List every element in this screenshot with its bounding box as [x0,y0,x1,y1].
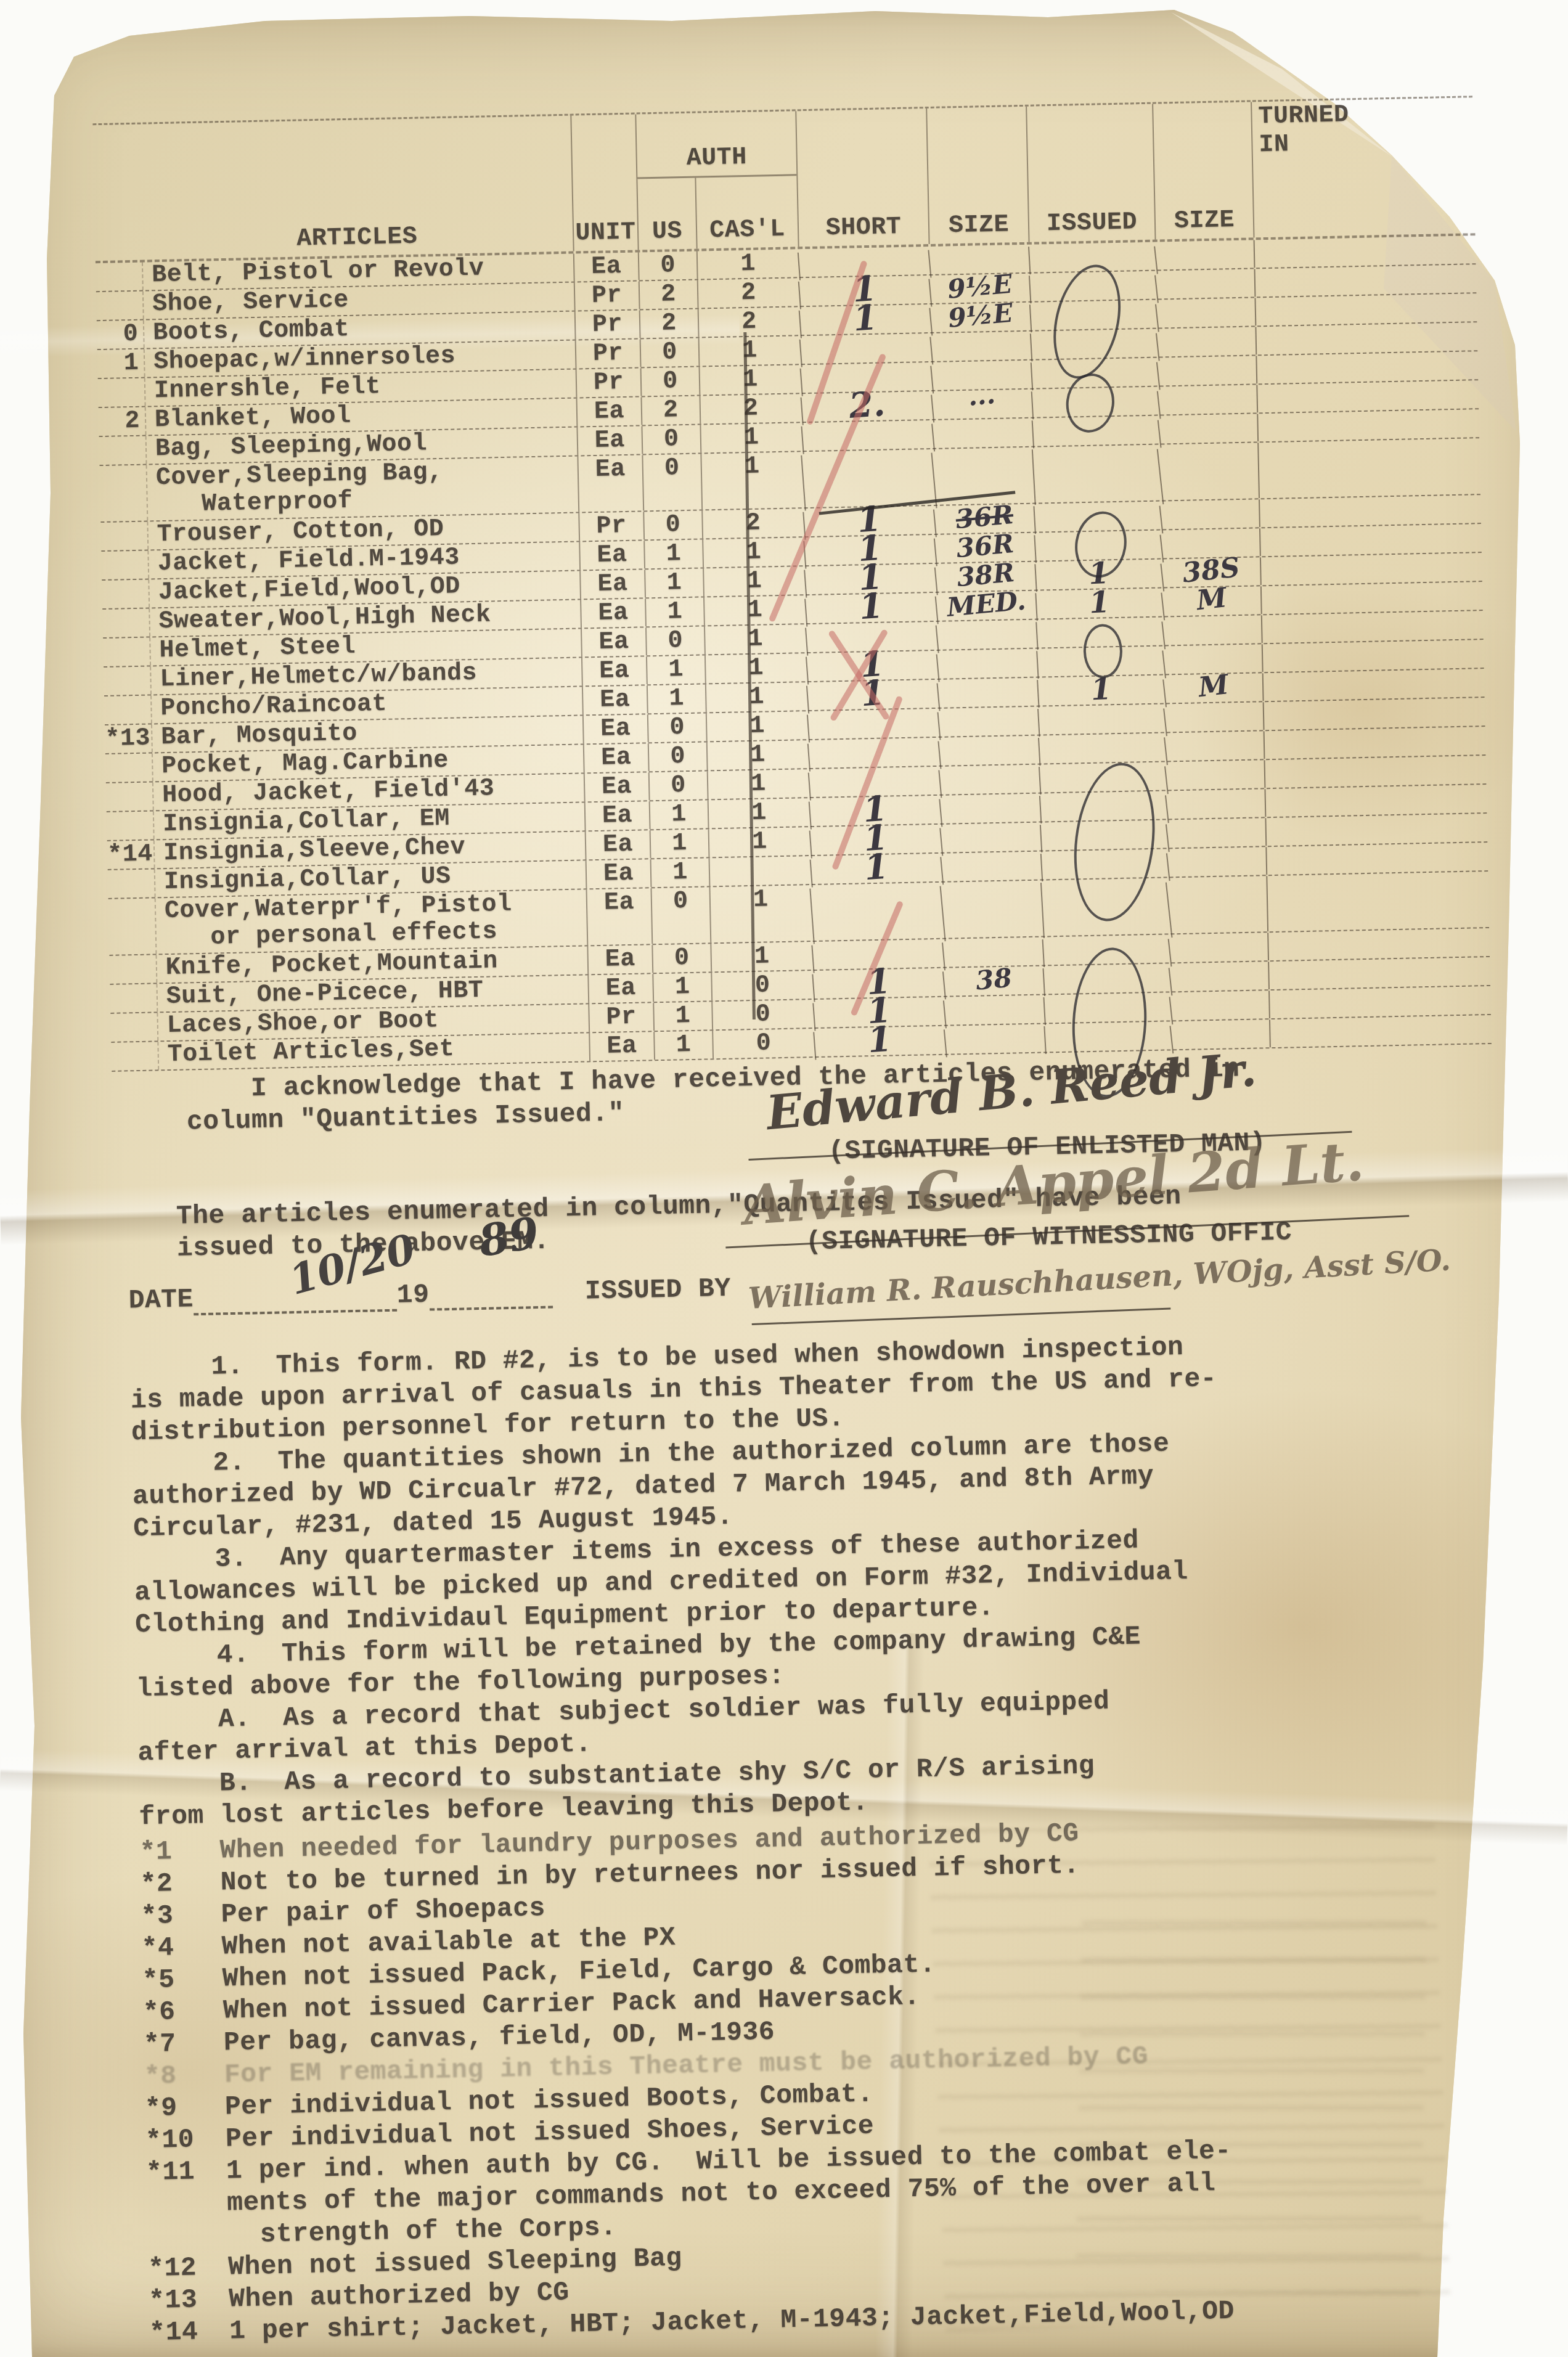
footnote-text: 1 per ind. when auth by CG. Will be issu… [226,2135,1233,2252]
auth-us-value: 0 [650,887,710,944]
footnote-number: *5 [142,1963,223,1997]
auth-us-value: 0 [640,367,700,396]
footnote-number: *14 [149,2315,230,2349]
auth-casl-value: 1 [710,942,812,971]
footnote-number: *6 [142,1995,223,2029]
unit-value: Ea [585,830,650,859]
footnote-number: *4 [141,1931,222,1965]
footnote-number: *10 [145,2123,226,2157]
auth-us-value: 0 [648,771,708,800]
footnote-marker [106,782,153,811]
turned-in-value [1263,698,1485,730]
turned-in-value [1254,264,1477,296]
turned-in-value [1255,322,1477,354]
unit-value: Ea [580,598,645,627]
turned-in-value [1264,785,1487,817]
footnote-marker [104,696,151,724]
auth-casl-value: 1 [704,653,807,683]
header-size-issued: SIZE [1152,102,1253,239]
issued-by-label: ISSUED BY [585,1273,732,1307]
unit-value: Pr [578,512,643,541]
unit-value: Ea [584,772,649,801]
turned-in-value [1262,669,1485,701]
unit-value: Ea [584,801,650,830]
auth-casl-value: 1 [706,711,808,741]
footnote-marker [104,667,150,695]
footnote-marker [110,955,157,983]
turned-in-value [1257,409,1479,441]
header-size: SIZE [926,107,1028,244]
auth-casl-value: 0 [711,1000,814,1029]
turned-in-value [1261,611,1484,643]
auth-casl-value: 1 [708,827,811,857]
unit-value: Pr [574,310,640,339]
footnote-marker: 2 [99,407,145,436]
header-us: US [636,178,696,250]
unit-value: Ea [587,974,653,1003]
auth-us-value: 1 [643,539,703,568]
header-short: SHORT [795,108,928,247]
auth-us-value: 0 [643,510,702,539]
auth-us-value: 1 [646,655,705,684]
turned-in-value [1265,843,1488,875]
article-name: Cover,Sleeping Bag, Waterproof [146,457,579,521]
turned-in-value [1256,351,1478,383]
footnote-marker: 0 [97,321,144,349]
turned-in-value [1254,235,1476,268]
unit-value: Ea [583,743,648,772]
auth-us-value: 0 [651,944,711,973]
footnote-marker [110,984,157,1012]
footnote-marker [103,638,150,666]
auth-us-value: 2 [639,280,698,309]
footnote-marker [108,898,156,954]
footnote-number: *3 [141,1899,221,1933]
auth-us-value: 1 [650,858,709,887]
turned-in-value [1256,380,1479,412]
footnote-number: *9 [145,2091,226,2125]
auth-us-value: 0 [641,425,700,454]
footnote-marker [105,753,152,782]
issued-size-value-handwritten [1166,872,1270,938]
footnote-marker [110,1013,157,1041]
header-auth: AUTH [635,111,796,179]
header-turned-in: TURNED IN [1251,97,1475,237]
turned-in-value [1257,438,1480,498]
footnote-number: *8 [144,2059,224,2093]
footnote-marker [96,263,142,291]
auth-casl-value [709,856,811,886]
turned-in-value [1268,957,1490,989]
footnote-marker [98,378,145,407]
auth-us-value: 2 [639,309,698,338]
auth-casl-value: 0 [711,971,813,1000]
header-articles: ARTICLES [139,116,573,260]
date-label: DATE [128,1284,194,1315]
footnote-marker [101,551,148,579]
footnote-marker [111,1042,158,1070]
auth-us-value: 1 [653,1002,712,1031]
auth-casl-value: 1 [698,336,801,366]
auth-us-value: 0 [647,713,706,742]
auth-casl-value: 2 [697,278,799,308]
auth-us-value: 1 [652,973,711,1002]
header-casl: CAS'L [695,176,798,248]
footnote-number: *1 [139,1835,220,1869]
footnote-number: *13 [149,2283,229,2317]
unit-value: Ea [587,945,652,974]
header-unit: UNIT [570,115,637,251]
unit-value: Ea [586,859,651,888]
year-prefix: 19 [396,1280,430,1310]
auth-casl-value: 1 [704,624,806,654]
footnote-marker [107,811,153,839]
turned-in-value [1262,640,1484,672]
auth-us-value: 2 [640,396,700,425]
unit-value: Ea [582,685,647,714]
auth-us-value: 1 [645,597,704,626]
auth-casl-value: 1 [709,885,812,942]
footnote-marker: *14 [107,840,154,868]
turned-in-value [1265,814,1487,846]
header-issued: ISSUED [1026,104,1154,242]
form-content: ARTICLES UNIT AUTH US CAS'L SHORT SIZE I… [73,59,1536,2355]
turned-in-value [1267,928,1490,960]
unit-value: Ea [579,570,645,598]
auth-casl-value: 1 [707,769,809,799]
turned-in-value [1254,293,1477,325]
size-value-handwritten [940,877,1044,941]
unit-value: Ea [576,397,642,426]
auth-casl-value: 1 [699,365,801,394]
auth-casl-value: 0 [712,1029,814,1058]
unit-value: Ea [581,656,647,685]
turned-in-value [1264,756,1487,788]
auth-casl-value: 1 [708,798,810,828]
auth-us-value: 0 [638,251,697,280]
unit-value: Pr [576,368,641,397]
footnote-number: *2 [140,1867,221,1901]
footnote-number: *12 [148,2251,229,2285]
auth-us-value: 1 [644,568,703,597]
footnote-number: *7 [143,2027,224,2061]
date-blank [194,1285,398,1316]
instructions-paragraphs: 1. This form. RD #2, is to be used when … [129,1331,1225,1833]
unit-value: Ea [589,1032,654,1061]
issued-size-value-handwritten [1157,439,1261,505]
footnote-marker [100,522,147,550]
unit-value: Pr [588,1003,653,1032]
clothing-articles-table: ARTICLES UNIT AUTH US CAS'L SHORT SIZE I… [92,96,1491,1072]
issued-value-handwritten [1032,443,1161,505]
auth-casl-value: 2 [698,307,800,337]
unit-value: Pr [575,339,640,368]
auth-casl-value: 1 [703,595,806,625]
turned-in-value [1266,872,1489,931]
turned-in-value [1260,553,1482,585]
auth-us-value: 0 [642,454,701,511]
year-blank [429,1281,553,1311]
auth-us-value: 0 [640,338,699,367]
auth-us-value: 1 [653,1031,713,1060]
auth-us-value: 0 [648,742,707,771]
footnote-marker: *13 [105,724,152,753]
unit-value: Ea [586,888,652,945]
short-value-handwritten [809,879,944,944]
footnote-marker [96,292,143,320]
auth-us-value: 1 [650,829,709,858]
auth-us-value: 0 [645,626,704,655]
auth-casl-value: 1 [700,423,802,452]
unit-value: Ea [573,252,639,281]
article-name: Cover,Waterpr'f, Pistol or personal effe… [155,889,587,954]
turned-in-value [1269,1015,1492,1047]
auth-casl-value: 1 [702,537,804,567]
turned-in-value [1259,524,1482,556]
turned-in-value [1259,495,1481,527]
footnote-marker [102,609,149,637]
unit-value: Ea [576,426,642,455]
footnote-marker [100,465,147,521]
footnote-marker: 1 [97,349,144,378]
unit-value: Ea [577,455,643,512]
auth-casl-value: 1 [700,452,803,509]
unit-value: Pr [574,281,639,310]
turned-in-value [1260,582,1483,614]
footnotes: *1 When needed for laundry purposes and … [139,1810,1443,2349]
auth-casl-value: 2 [701,509,804,538]
unit-value: Ea [581,627,646,656]
turned-in-value [1264,727,1486,759]
unit-value: Ea [582,714,648,743]
handwritten-year: 89 [475,1207,542,1267]
footnote-marker [108,869,155,897]
auth-casl-value: 1 [706,740,809,770]
footnote-marker [99,436,146,465]
table-body: Belt, Pistol or Revolv Ea 0 1 Shoe, Serv… [96,235,1492,1072]
auth-us-value: 1 [649,800,708,829]
unit-value: Ea [579,541,644,570]
table-header: ARTICLES UNIT AUTH US CAS'L SHORT SIZE I… [92,96,1475,263]
auth-casl-value: 2 [699,394,801,423]
auth-us-value: 1 [647,684,706,713]
auth-casl-value: 1 [705,682,807,712]
footnote-marker [102,580,149,608]
date-issued-line: DATE19 ISSUED BY [128,1273,731,1317]
footnote-number: *11 [146,2155,227,2189]
turned-in-value [1268,986,1491,1018]
auth-casl-value: 1 [696,249,799,279]
